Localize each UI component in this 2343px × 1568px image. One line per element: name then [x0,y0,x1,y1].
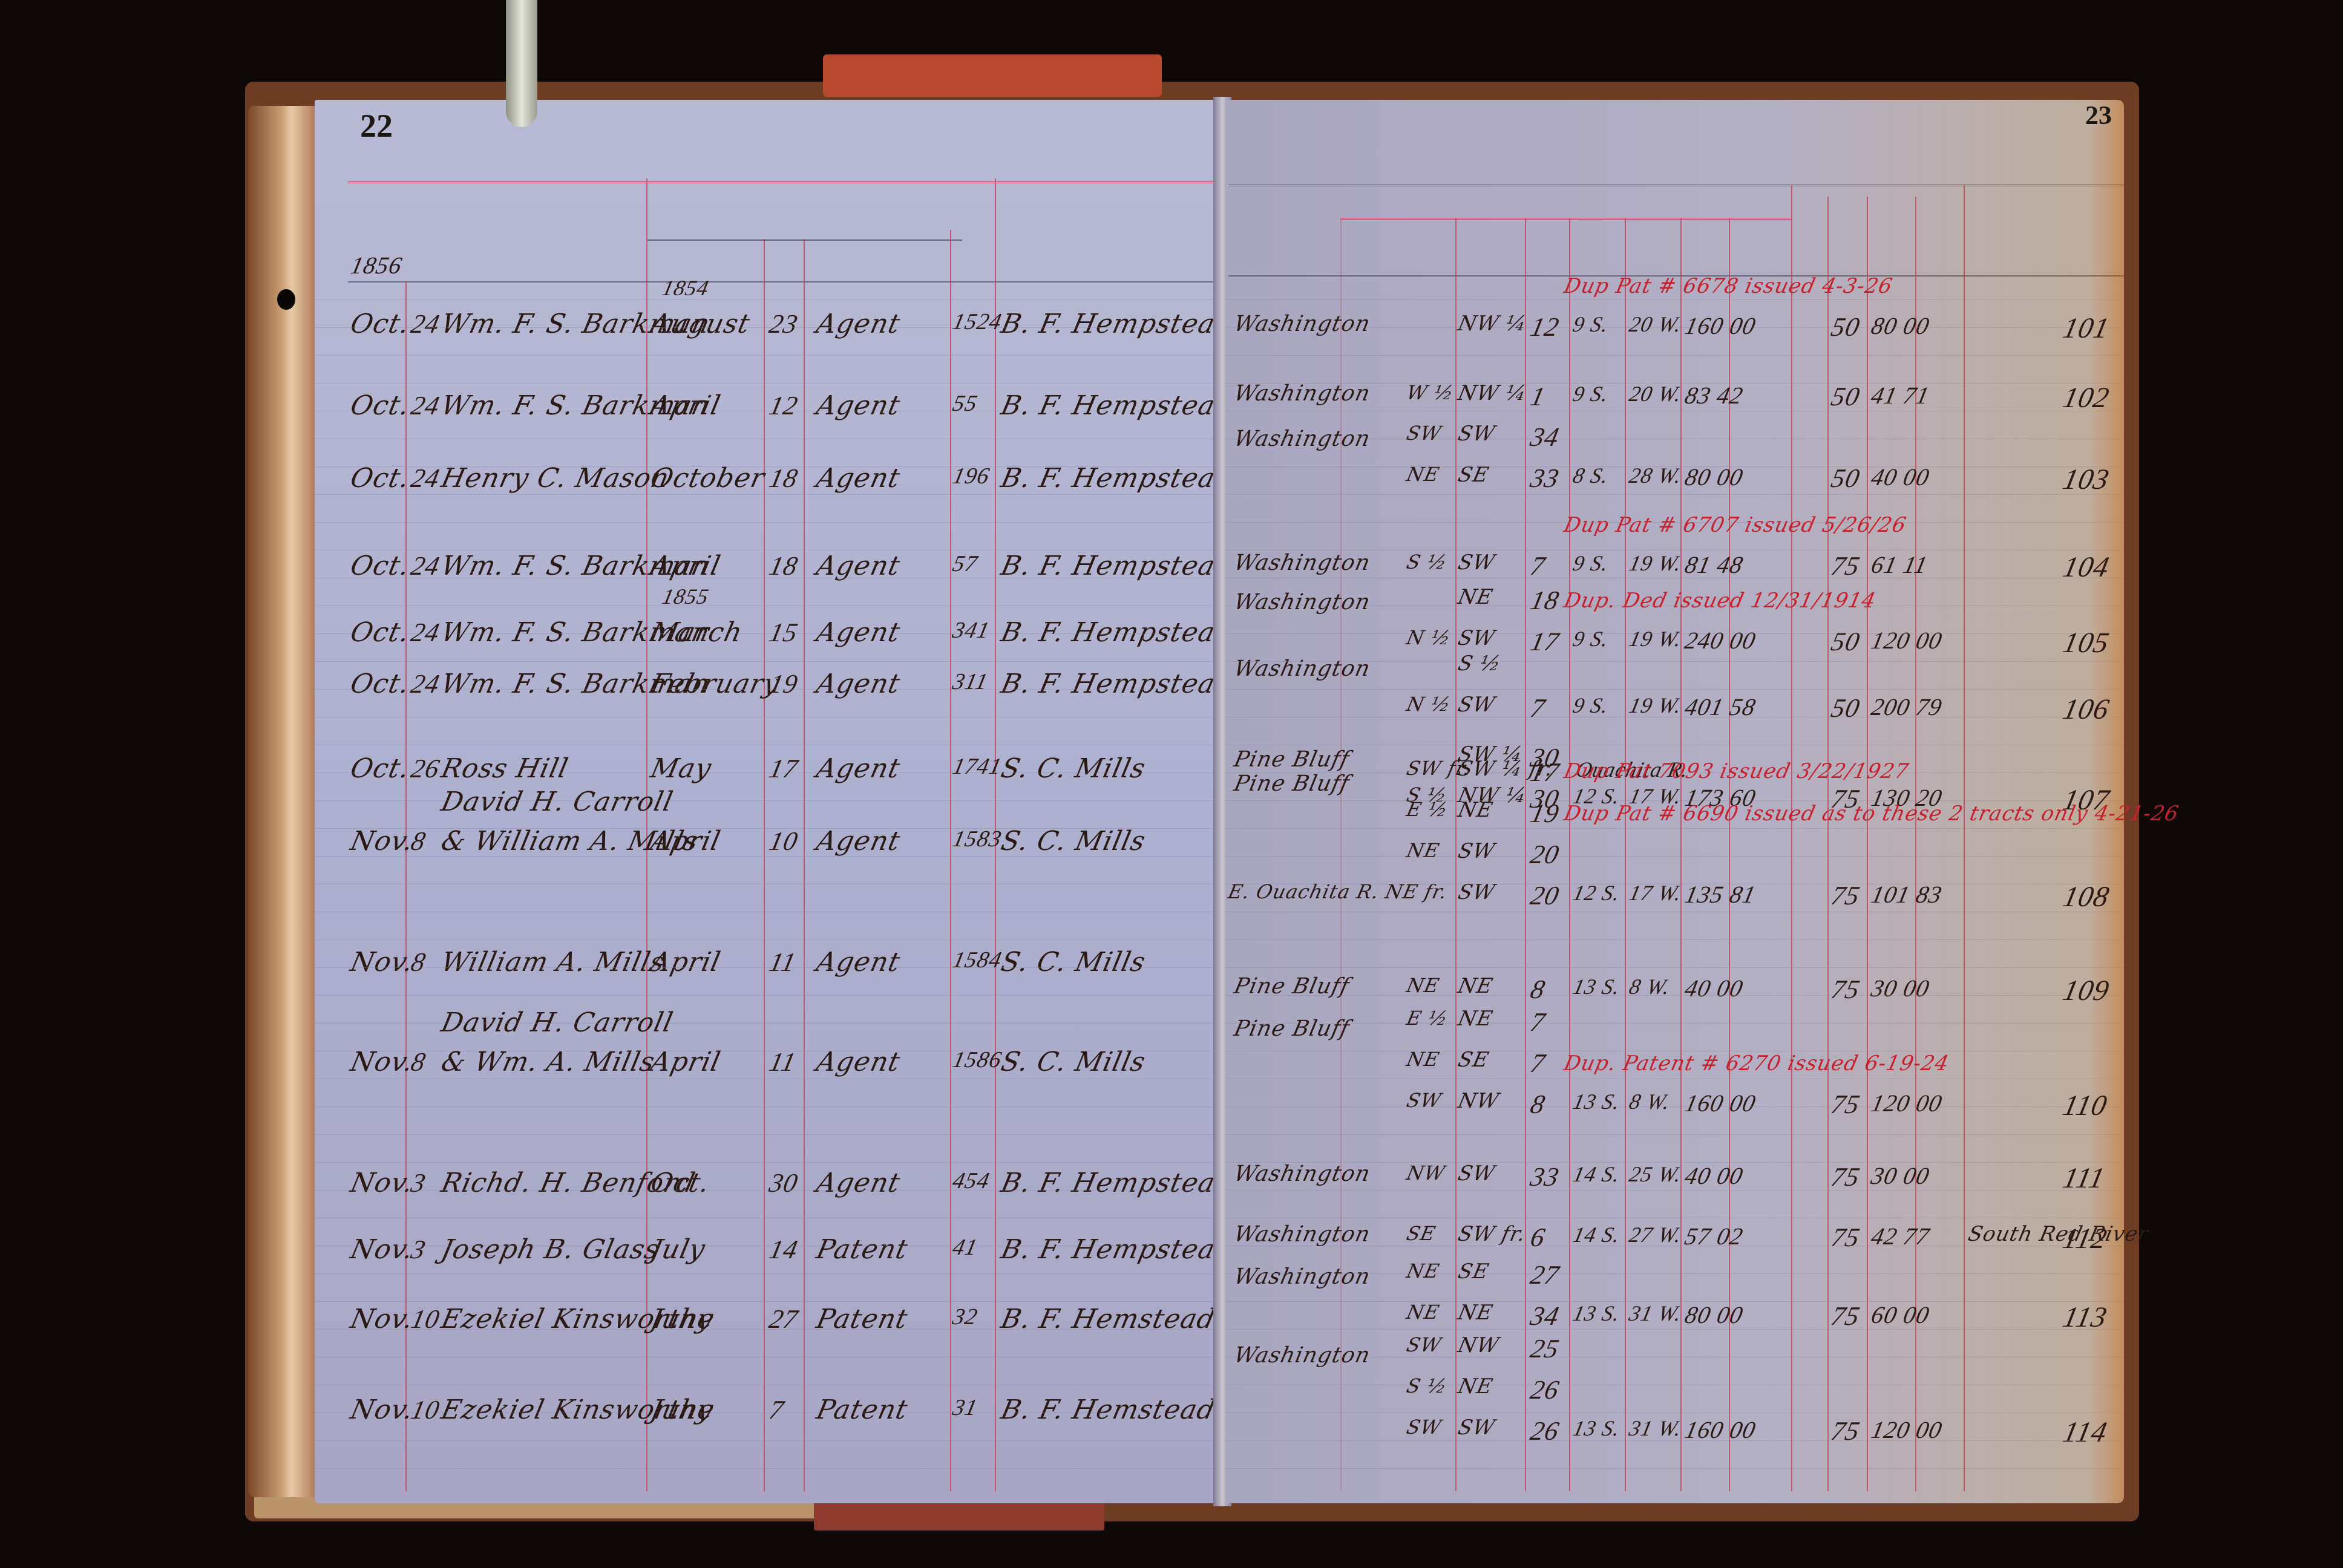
township: 14 S. [1571,1161,1623,1187]
register-officer: B. F. Hempstead [998,1234,1236,1265]
ruled-line [1225,967,2124,968]
price-per-acre: 50 [1829,463,1863,494]
entry-month: Nov. [348,1168,416,1198]
price-per-acre: 50 [1829,626,1863,657]
col-rule-sec [1569,218,1570,1491]
entry-month: Oct. [348,550,413,581]
certificate-day: 11 [767,947,799,978]
entry-day: 24 [408,668,443,699]
ruled-line [1225,606,2124,606]
purchase-amount: 41 71 [1869,381,1932,410]
register-officer: B. F. Hempstead [998,1168,1236,1198]
red-annotation: Dup. Ded issued 12/31/1914 [1562,589,1878,613]
range: 31 W. [1627,1416,1685,1441]
quarter: NW ¼ [1456,381,1529,405]
ruled-line [1225,327,2124,328]
ruled-line [315,1273,1222,1274]
land-office: Washington [1232,590,1373,615]
ruled-line [315,1413,1222,1413]
land-office: Pine Bluff [1232,747,1352,772]
ruled-line [315,1190,1222,1191]
acres: 81 48 [1682,550,1746,579]
ruled-line [315,995,1222,996]
subdivision: NE [1404,1259,1441,1282]
land-office: Washington [1232,1222,1373,1247]
entry-number: 114 [2060,1416,2110,1449]
ruled-line [1225,1051,2124,1051]
section: 34 [1528,1301,1562,1331]
ruled-line [1225,494,2124,495]
township: 9 S. [1571,626,1611,652]
ruled-line [315,494,1222,495]
quarter: S ½ [1456,652,1504,676]
ruled-line [1225,1440,2124,1441]
ruled-line [315,1023,1222,1024]
entry-day: 10 [408,1394,443,1425]
purchase-amount: 30 00 [1869,1161,1932,1190]
entry-day: 24 [408,463,443,494]
ruled-line [1225,1357,2124,1357]
entry-type: Agent [814,1168,903,1198]
quarter: SW [1456,839,1498,863]
entry-type: Patent [814,1304,911,1334]
certificate-month: Oct. [648,1168,713,1198]
entry-type: Agent [814,390,903,421]
entry-type: Patent [814,1234,911,1265]
entry-number: 109 [2060,974,2112,1007]
ruled-line [315,1385,1222,1385]
acres: 135 81 [1682,880,1758,909]
price-per-acre: 75 [1829,550,1863,581]
ruled-line [1225,800,2124,801]
ruled-line [315,884,1222,884]
ruled-line [315,856,1222,857]
certificate-month: July [648,1234,709,1265]
certificate-year: 1854 [660,275,712,301]
entry-type: Agent [814,617,903,648]
land-office: Washington [1232,1161,1373,1186]
purchase-amount: 61 11 [1869,550,1930,579]
ruled-line [1225,1385,2124,1385]
ruled-line [1225,856,2124,857]
entry-type: Agent [814,947,903,978]
township: 13 S. [1571,1089,1623,1114]
ruled-line [315,1162,1222,1163]
ruled-line [315,355,1222,356]
entry-month: Oct. [348,390,413,421]
acres: 83 42 [1682,381,1746,410]
ruled-line [1225,828,2124,829]
register-officer: S. C. Mills [998,753,1149,784]
col-rule-type [950,230,951,1491]
certificate-month: February [648,668,783,699]
entrant-name: David H. Carroll [439,786,676,817]
range: 19 W. [1627,626,1685,652]
certificate-month: March [648,617,745,648]
entry-number: 105 [2060,626,2112,659]
section: 8 [1528,974,1548,1005]
acres: 80 00 [1682,1301,1746,1329]
land-office: Pine Bluff [1232,1016,1352,1041]
certificate-month: October [648,463,768,494]
ruled-line [315,689,1222,690]
ruled-line [315,522,1222,523]
col-rule-month [764,239,765,1491]
range: 27 W. [1627,1222,1685,1247]
ruled-line [1225,773,2124,773]
page-number-left: 22 [360,107,393,145]
ruled-line [315,967,1222,968]
subdivision: E ½ [1404,798,1450,821]
quarter: NE [1456,974,1495,998]
purchase-amount: 60 00 [1869,1301,1932,1329]
township: 9 S. [1571,693,1611,718]
certificate-day: 17 [767,753,801,784]
certificate-day: 19 [767,668,801,699]
section: 6 [1528,1222,1548,1253]
section: 27 [1528,1259,1562,1290]
purchase-amount: 120 00 [1869,1089,1945,1117]
ruled-line [1225,1468,2124,1469]
header-rule-top [348,181,1231,183]
section: 7 [1528,1007,1548,1037]
col-rule-twp [1625,218,1626,1491]
ruled-line [315,1301,1222,1302]
register-officer: B. F. Hempstead [998,550,1236,581]
entry-number: 104 [2060,550,2112,584]
section: 8 [1528,1089,1548,1120]
certificate-number: 341 [950,617,992,644]
certificate-day: 27 [767,1304,801,1334]
spine-top [823,54,1162,97]
header-rule-mid [647,239,962,241]
certificate-number: 1584 [950,947,1004,973]
price-per-acre: 50 [1829,381,1863,412]
section: 25 [1528,1333,1562,1364]
remark: South Red River [1966,1222,2151,1246]
subdivision: NE [1404,839,1441,862]
subdivision: N ½ [1404,626,1453,649]
entry-type: Agent [814,463,903,494]
township: 14 S. [1571,1222,1623,1247]
range: 25 W. [1627,1161,1685,1187]
subdivision: NE [1404,974,1441,997]
entry-month: Oct. [348,668,413,699]
section: 26 [1528,1374,1562,1405]
ruled-line [1225,1106,2124,1107]
certificate-number: 55 [950,390,980,417]
section: 20 [1528,839,1562,870]
ruled-line [315,550,1222,550]
ruled-line [1225,884,2124,884]
register-officer: B. F. Hempstead [998,668,1236,699]
quarter: NE [1456,1374,1495,1399]
certificate-month: August [648,309,753,339]
register-officer: B. F. Hempstead [998,309,1236,339]
certificate-number: 311 [950,668,991,695]
section: 33 [1528,1161,1562,1192]
ruled-line [1225,522,2124,523]
year-header: 1856 [348,251,405,279]
quarter: SW [1456,1416,1498,1440]
ruled-line [1225,717,2124,717]
entry-month: Nov. [348,947,416,978]
register-officer: B. F. Hempstead [998,390,1236,421]
ruled-line [315,578,1222,578]
entrant-name: Henry C. Mason [439,463,672,494]
section: 18 [1528,585,1562,616]
ruled-line [1225,1190,2124,1191]
certificate-number: 1583 [950,826,1004,852]
certificate-day: 7 [767,1394,787,1425]
ruled-line [1225,439,2124,439]
ruled-line [315,327,1222,328]
entry-month: Nov. [348,1234,416,1265]
ruled-line [1225,1023,2124,1024]
purchase-amount: 120 00 [1869,626,1945,655]
ruled-line [1225,1246,2124,1246]
col-rule-acres-c [1791,185,1792,1491]
ruled-line [1225,411,2124,411]
quarter: SW [1456,626,1498,650]
col-rule-rate [1827,197,1829,1491]
section: 1 [1528,381,1548,412]
acres: 40 00 [1682,974,1746,1002]
quarter: NW [1456,1333,1501,1357]
ruled-line [1225,745,2124,745]
purchase-amount: 101 83 [1869,880,1945,909]
header-rule-top [1228,185,2124,186]
ruled-line [315,661,1222,662]
certificate-month: April [648,947,724,978]
price-per-acre: 75 [1829,1222,1863,1253]
register-officer: B. F. Hempstead [998,463,1236,494]
ruled-line [1225,578,2124,578]
register-officer: S. C. Mills [998,826,1149,857]
ruled-line [315,745,1222,745]
ruled-line [315,1357,1222,1357]
red-annotation: Dup Pat # 6707 issued 5/26/26 [1562,513,1909,537]
range: 20 W. [1627,381,1685,407]
ruled-line [1225,689,2124,690]
subdivision: N ½ [1404,693,1453,716]
certificate-number: 1741 [950,753,1004,780]
certificate-day: 18 [767,550,801,581]
register-officer: S. C. Mills [998,947,1149,978]
subdivision: NE [1404,1301,1441,1324]
red-annotation: Dup Pat # 6678 issued 4-3-26 [1562,274,1895,298]
register-officer: B. F. Hemstead [998,1394,1219,1425]
entry-month: Nov. [348,826,416,857]
entry-number: 106 [2060,693,2112,726]
quarter: NE [1456,1007,1495,1031]
certificate-month: June [648,1304,718,1334]
ruled-line [315,939,1222,940]
ruled-line [1225,1218,2124,1218]
entrant-name: Joseph B. Glass [439,1234,663,1265]
entry-type: Agent [814,550,903,581]
entry-month: Oct. [348,463,413,494]
price-per-acre: 75 [1829,1089,1863,1120]
subdivision: E ½ [1404,1007,1450,1030]
entry-type: Agent [814,826,903,857]
page-number-right: 23 [2085,100,2112,131]
certificate-number: 32 [950,1304,980,1330]
ruled-line [1225,912,2124,912]
quarter: NW [1456,1089,1501,1113]
certificate-month: May [648,753,715,784]
ruled-line [315,1440,1222,1441]
section: 33 [1528,463,1562,494]
subdivision: S ½ [1404,550,1449,573]
ruled-line [315,606,1222,606]
entrant-name: William A. Mills [439,947,668,978]
ruled-line [315,1106,1222,1107]
township: 9 S. [1571,550,1611,576]
section: 34 [1528,422,1562,452]
acres: 160 00 [1682,1089,1758,1117]
quarter: SW fr. [1456,1222,1528,1246]
ruled-line [315,800,1222,801]
acres: 80 00 [1682,463,1746,491]
land-office: Pine Bluff [1232,771,1352,796]
quarter: NW ¼ [1456,312,1529,336]
certificate-month: April [648,390,724,421]
section: 20 [1528,880,1562,911]
price-per-acre: 75 [1829,1161,1863,1192]
range: 19 W. [1627,550,1685,576]
township: 9 S. [1571,381,1611,407]
ruled-line [1225,1301,2124,1302]
col-rule-day [804,239,805,1491]
metal-bookmark [506,0,537,127]
section: 26 [1528,1416,1562,1446]
ruled-line [315,1218,1222,1218]
ruled-line [1225,299,2124,300]
entry-day: 24 [408,550,443,581]
section: 17 [1528,626,1562,657]
ruled-line [1225,1273,2124,1274]
col-rule-remarks [1964,185,1965,1491]
subdivision: SW [1404,1089,1444,1112]
entry-month: Oct. [348,753,413,784]
land-office: Washington [1232,1343,1373,1368]
section: 7 [1528,693,1548,724]
range: 31 W. [1627,1301,1685,1326]
register-officer: B. F. Hemstead [998,1304,1219,1334]
acres: 160 00 [1682,312,1758,340]
ruled-line [1225,1413,2124,1413]
quarter: SW [1456,1161,1498,1186]
col-rule-amount [1867,197,1868,1491]
certificate-day: 23 [767,309,801,339]
entry-month: Nov. [348,1304,416,1334]
certificate-day: 14 [767,1234,801,1265]
entry-month: Oct. [348,309,413,339]
price-per-acre: 75 [1829,880,1863,911]
land-office: Washington [1232,1264,1373,1289]
acres: 160 00 [1682,1416,1758,1444]
entry-month: Nov. [348,1394,416,1425]
binding-hole [277,289,295,310]
township: 13 S. [1571,1301,1623,1326]
range: 8 W. [1627,1089,1673,1114]
register-officer: B. F. Hempstead [998,617,1236,648]
range: 19 W. [1627,693,1685,718]
entry-month: Oct. [348,617,413,648]
red-annotation: Dup. Patent # 6270 issued 6-19-24 [1562,1051,1951,1076]
certificate-number: 31 [950,1394,980,1421]
ruled-line [1225,1079,2124,1079]
subdivision: W ½ [1404,381,1456,404]
land-office: Washington [1232,656,1373,681]
left-binding-edge [248,106,321,1497]
subdivision: SW [1404,1333,1444,1356]
quarter: SW [1456,693,1498,717]
certificate-number: 57 [950,550,980,577]
certificate-month: June [648,1394,718,1425]
ruled-line [315,828,1222,829]
certificate-month: April [648,826,724,857]
certificate-month: April [648,550,724,581]
entry-day: 24 [408,617,443,648]
left-page: 22 1856 Oct.24Wm. F. S. Barkman1854Augus… [315,100,1222,1503]
price-per-acre: 50 [1829,693,1863,724]
entry-day: 26 [408,753,443,784]
ruled-line [315,717,1222,717]
purchase-amount: 40 00 [1869,463,1932,491]
ruled-line [1225,1162,2124,1163]
quarter: NE [1456,798,1495,822]
red-annotation: Dup Pat 7093 issued 3/22/1927 [1562,759,1911,783]
certificate-day: 10 [767,826,801,857]
ruled-line [315,773,1222,773]
certificate-number: 1524 [950,309,1004,335]
entry-number: 101 [2060,312,2112,345]
ruled-line [315,439,1222,439]
ruled-line [315,1468,1222,1469]
acres: 40 00 [1682,1161,1746,1190]
entry-number: 110 [2060,1089,2110,1122]
range: 20 W. [1627,312,1685,337]
section: 7 [1528,1048,1548,1079]
price-per-acre: 75 [1829,974,1863,1005]
certificate-day: 30 [767,1168,801,1198]
ruled-line [315,1134,1222,1135]
ruled-line [1225,939,2124,940]
ruled-line [315,411,1222,411]
col-rule-office [1340,218,1342,1491]
ruled-line [1225,1134,2124,1135]
ruled-line [315,1051,1222,1051]
header-rule-bottom [348,281,1231,283]
land-office: Washington [1232,381,1373,406]
purchase-amount: 80 00 [1869,312,1932,340]
price-per-acre: 75 [1829,1301,1863,1331]
red-annotation-2: Dup Pat # 6690 issued as to these 2 trac… [1562,802,2181,826]
purchase-amount: 30 00 [1869,974,1932,1002]
ruled-line [315,383,1222,384]
quarter: NE [1456,1301,1495,1325]
subdivision: NW [1404,1161,1447,1184]
certificate-day: 18 [767,463,801,494]
header-rule-mid [1340,218,1791,220]
entry-number: 102 [2060,381,2112,414]
entry-day: 24 [408,390,443,421]
entry-day: 24 [408,309,443,339]
land-office: Washington [1232,312,1373,336]
entry-type: Agent [814,668,903,699]
